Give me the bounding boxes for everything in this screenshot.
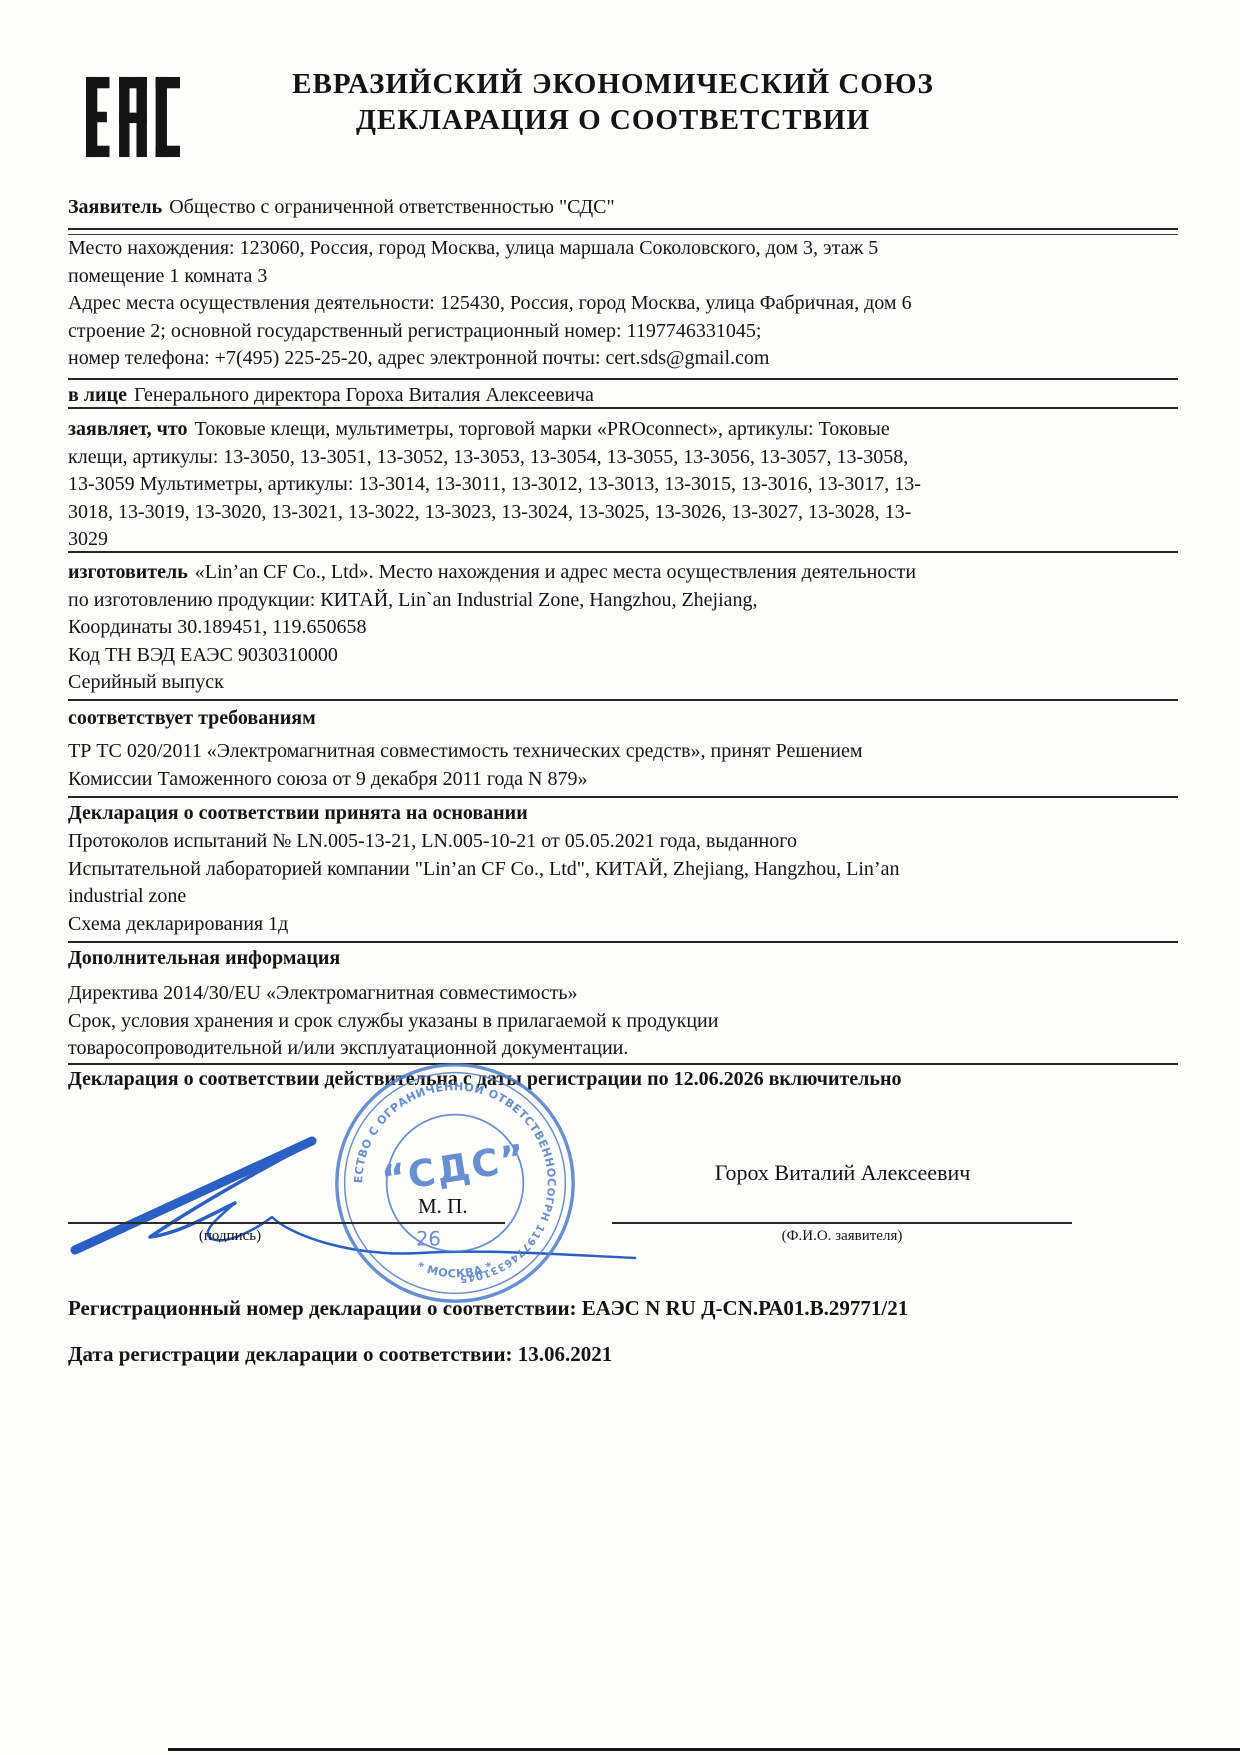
section-divider: [68, 1063, 1178, 1065]
applicant-label: Заявитель: [68, 196, 162, 218]
fio-caption: (Ф.И.О. заявителя): [612, 1228, 1072, 1245]
basis-block: Протоколов испытаний № LN.005-13-21, LN.…: [68, 828, 899, 938]
manufacturer-block: изготовитель«Lin’an CF Co., Ltd». Место …: [68, 559, 916, 697]
signature-caption: (подпись): [130, 1228, 330, 1245]
location-line: Адрес места осуществления деятельности: …: [68, 290, 912, 318]
declares-label: заявляет, что: [68, 418, 187, 440]
location-line: помещение 1 комната 3: [68, 263, 912, 291]
basis-line: Испытательной лабораторией компании "Lin…: [68, 856, 899, 884]
location-line: Место нахождения: 123060, Россия, город …: [68, 235, 912, 263]
stamp-number: 26: [416, 1228, 441, 1251]
basis-line: Схема декларирования 1д: [68, 911, 899, 939]
compliance-block: ТР ТС 020/2011 «Электромагнитная совмест…: [68, 738, 863, 793]
mp-label: М. П.: [418, 1194, 468, 1219]
additional-info-line: Срок, условия хранения и срок службы ука…: [68, 1008, 718, 1036]
represented-by-label: в лице: [68, 384, 127, 406]
document-title-union: ЕВРАЗИЙСКИЙ ЭКОНОМИЧЕСКИЙ СОЮЗ: [0, 68, 1240, 101]
basis-heading: Декларация о соответствии принята на осн…: [68, 800, 528, 828]
product-line: 13-3059 Мультиметры, артикулы: 13-3014, …: [68, 471, 921, 499]
manufacturer-line: Серийный выпуск: [68, 669, 916, 697]
company-stamp: ОБЩЕСТВО С ОГРАНИЧЕННОЙ ОТВЕТСТВЕННОСТЬЮ…: [330, 1058, 580, 1308]
product-line: Токовые клещи, мультиметры, торговой мар…: [194, 418, 889, 440]
section-divider: [68, 551, 1178, 553]
represented-by-value: Генерального директора Гороха Виталия Ал…: [134, 384, 594, 406]
signature-rule-left: [68, 1222, 505, 1224]
compliance-heading: соответствует требованиям: [68, 705, 316, 733]
represented-by-row: в лицеГенерального директора Гороха Вита…: [68, 382, 594, 410]
compliance-line: Комиссии Таможенного союза от 9 декабря …: [68, 766, 863, 794]
section-divider: [68, 378, 1178, 380]
location-line: номер телефона: +7(495) 225-25-20, адрес…: [68, 345, 912, 373]
additional-info-heading: Дополнительная информация: [68, 945, 340, 973]
scan-edge-line: [168, 1748, 1240, 1751]
manufacturer-line: «Lin’an CF Co., Ltd». Место нахождения и…: [195, 561, 916, 583]
applicant-row: ЗаявительОбщество с ограниченной ответст…: [68, 194, 615, 222]
manufacturer-line: по изготовлению продукции: КИТАЙ, Lin`an…: [68, 587, 916, 615]
stamp-center-text: “СДС”: [379, 1136, 530, 1201]
location-block: Место нахождения: 123060, Россия, город …: [68, 235, 912, 373]
declaration-document: ЕВРАЗИЙСКИЙ ЭКОНОМИЧЕСКИЙ СОЮЗ ДЕКЛАРАЦИ…: [0, 0, 1240, 1755]
manufacturer-line: Координаты 30.189451, 119.650658: [68, 614, 916, 642]
additional-info-line: Директива 2014/30/EU «Электромагнитная с…: [68, 980, 718, 1008]
product-line: 3029: [68, 526, 921, 554]
additional-info-block: Директива 2014/30/EU «Электромагнитная с…: [68, 980, 718, 1063]
section-divider: [68, 941, 1178, 943]
registration-number-line: Регистрационный номер декларации о соотв…: [68, 1296, 908, 1321]
signature-rule-right: [612, 1222, 1072, 1224]
manufacturer-line: Код ТН ВЭД ЕАЭС 9030310000: [68, 642, 916, 670]
section-divider: [68, 796, 1178, 798]
applicant-fio: Горох Виталий Алексеевич: [610, 1160, 1075, 1186]
compliance-line: ТР ТС 020/2011 «Электромагнитная совмест…: [68, 738, 863, 766]
basis-line: Протоколов испытаний № LN.005-13-21, LN.…: [68, 828, 899, 856]
registration-date-line: Дата регистрации декларации о соответств…: [68, 1342, 612, 1367]
document-title-declaration: ДЕКЛАРАЦИЯ О СООТВЕТСТВИИ: [0, 104, 1240, 137]
location-line: строение 2; основной государственный рег…: [68, 318, 912, 346]
manufacturer-label: изготовитель: [68, 561, 188, 583]
section-divider: [68, 699, 1178, 701]
section-divider: [68, 228, 1178, 235]
product-block: заявляет, чтоТоковые клещи, мультиметры,…: [68, 416, 921, 554]
product-line: 3018, 13-3019, 13-3020, 13-3021, 13-3022…: [68, 499, 921, 527]
product-line: клещи, артикулы: 13-3050, 13-3051, 13-30…: [68, 444, 921, 472]
section-divider: [68, 407, 1178, 409]
applicant-value: Общество с ограниченной ответственностью…: [169, 196, 614, 218]
basis-line: industrial zone: [68, 883, 899, 911]
